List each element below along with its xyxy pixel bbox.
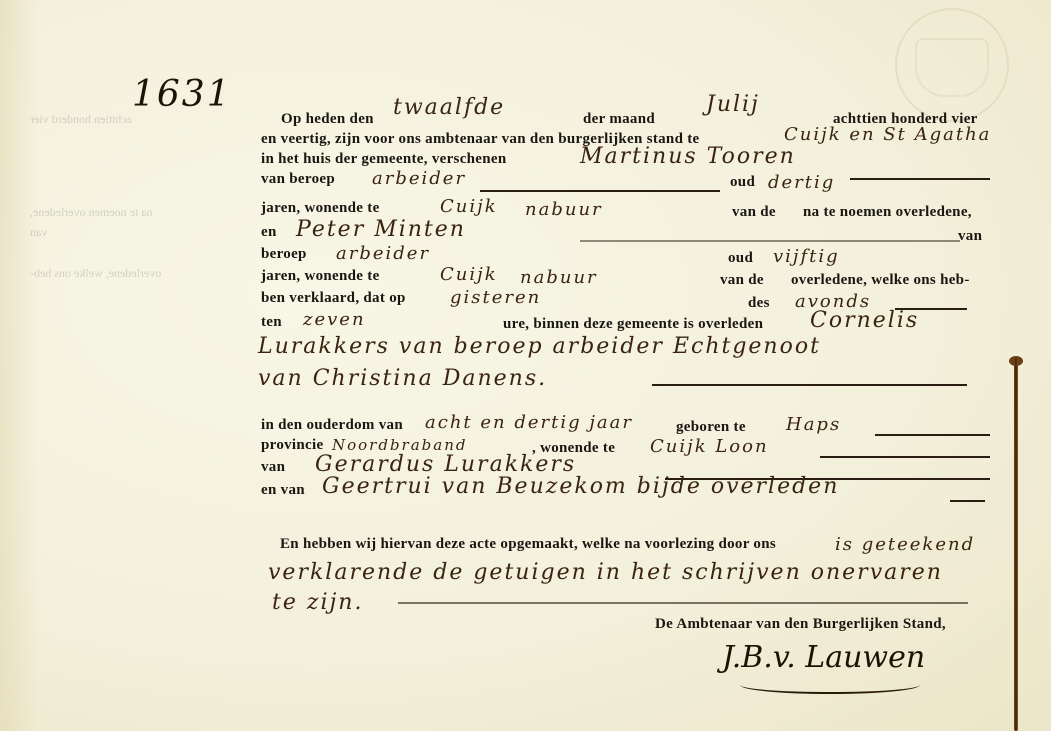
hand-deceased-line2: Lurakkers van beroep arbeider Echtgenoot bbox=[258, 334, 821, 359]
printed-text: jaren, wonende te bbox=[261, 268, 380, 285]
printed-text: ten bbox=[261, 314, 282, 331]
hand-residence: Cuijk Loon bbox=[650, 436, 769, 457]
printed-text: oud bbox=[730, 174, 755, 191]
signature-label: De Ambtenaar van den Burgerlijken Stand, bbox=[655, 616, 946, 633]
bleedthrough-text: na te noemen overledene, bbox=[30, 205, 153, 220]
printed-text: van bbox=[261, 459, 285, 476]
official-signature: J.B.v. Lauwen bbox=[722, 640, 925, 675]
signature-flourish bbox=[740, 676, 920, 694]
printed-text: en bbox=[261, 224, 277, 241]
hand-declarant1-relation: nabuur bbox=[525, 199, 603, 220]
hand-closing3: te zijn. bbox=[272, 590, 363, 615]
record-number: 1631 bbox=[132, 74, 232, 115]
hand-declarant2-relation: nabuur bbox=[520, 267, 598, 288]
bleedthrough-text: overledene, welke ons heb- bbox=[30, 266, 161, 281]
fill-line bbox=[950, 500, 985, 502]
binding-crease bbox=[1014, 358, 1018, 731]
fill-line bbox=[580, 240, 960, 242]
fill-line bbox=[652, 384, 967, 386]
fill-line bbox=[875, 434, 990, 436]
hand-birthplace: Haps bbox=[786, 414, 841, 435]
printed-text: van de bbox=[720, 272, 764, 289]
hand-day: twaalfde bbox=[393, 95, 505, 120]
printed-text: na te noemen overledene, bbox=[803, 204, 972, 221]
hand-death-hour: zeven bbox=[303, 309, 366, 330]
printed-text: overledene, welke ons heb- bbox=[791, 272, 970, 289]
hand-declarant2-age: vijftig bbox=[773, 246, 840, 267]
printed-text: in het huis der gemeente, verschenen bbox=[261, 151, 507, 168]
hand-declarant1-name: Martinus Tooren bbox=[580, 144, 796, 169]
hand-declarant1-occupation: arbeider bbox=[372, 168, 466, 189]
hand-deceased-first-name: Cornelis bbox=[810, 308, 919, 333]
bleedthrough-text: van bbox=[30, 225, 47, 240]
hand-mother: Geertrui van Beuzekom bijde overleden bbox=[322, 474, 839, 499]
hand-closing1: is geteekend bbox=[835, 534, 975, 555]
hand-age: acht en dertig jaar bbox=[425, 412, 633, 433]
hand-declarant1-residence: Cuijk bbox=[440, 196, 498, 217]
bleedthrough-text: achttien honderd vier bbox=[30, 112, 132, 127]
printed-text: oud bbox=[728, 250, 753, 267]
printed-text: ure, binnen deze gemeente is overleden bbox=[503, 316, 763, 333]
printed-text: ben verklaard, dat op bbox=[261, 290, 406, 307]
printed-text: van bbox=[958, 228, 982, 245]
printed-text: der maand bbox=[583, 111, 655, 128]
embossed-seal bbox=[895, 8, 1009, 122]
hand-declarant2-name: Peter Minten bbox=[296, 217, 466, 242]
printed-text: En hebben wij hiervan deze acte opgemaak… bbox=[280, 536, 776, 553]
printed-text: en van bbox=[261, 482, 305, 499]
printed-text: Op heden den bbox=[281, 111, 374, 128]
printed-text: geboren te bbox=[676, 419, 746, 436]
printed-text: des bbox=[748, 295, 770, 312]
fill-line bbox=[398, 602, 968, 604]
hand-declarant1-age: dertig bbox=[768, 172, 835, 193]
hand-month: Julij bbox=[706, 92, 760, 117]
fill-line bbox=[820, 456, 990, 458]
hand-death-day: gisteren bbox=[450, 287, 541, 308]
fill-line bbox=[850, 178, 990, 180]
printed-text: van beroep bbox=[261, 171, 335, 188]
printed-text: van de bbox=[732, 204, 776, 221]
paper-edge bbox=[0, 0, 40, 731]
printed-text: in den ouderdom van bbox=[261, 417, 403, 434]
hand-declarant2-occupation: arbeider bbox=[336, 243, 430, 264]
hand-place: Cuijk en St Agatha bbox=[784, 124, 991, 145]
printed-text: jaren, wonende te bbox=[261, 200, 380, 217]
hand-declarant2-residence: Cuijk bbox=[440, 264, 498, 285]
hand-deceased-line3: van Christina Danens. bbox=[258, 366, 547, 391]
printed-text: beroep bbox=[261, 246, 307, 263]
fill-line bbox=[480, 190, 720, 192]
hand-closing2: verklarende de getuigen in het schrijven… bbox=[268, 560, 943, 585]
